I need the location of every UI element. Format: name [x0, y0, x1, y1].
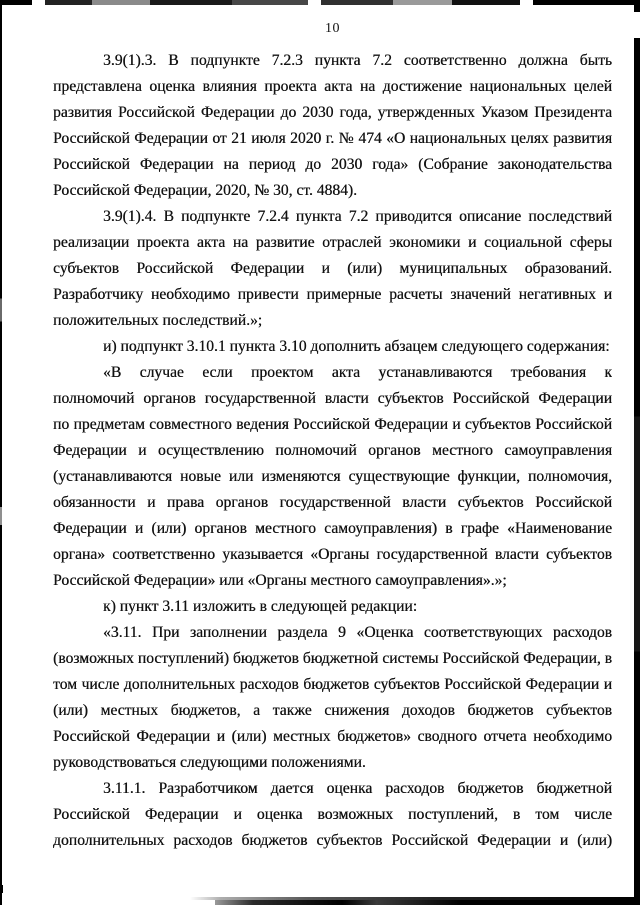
text-line: Российской Федерации и (или) местных бюд… — [53, 724, 612, 750]
text-line: том числе дополнительных расходов бюджет… — [53, 672, 612, 698]
text-line: органа» соответственно указывается «Орга… — [53, 542, 612, 568]
text-line: 3.11.1. Разработчиком дается оценка расх… — [53, 776, 612, 802]
para-3-9-1-3: 3.9(1).3. В подпункте 7.2.3 пункта 7.2 с… — [53, 48, 612, 204]
scan-edge-bottom-corner-artifact — [0, 885, 3, 893]
text-line: Российской Федерации, 2020, № 30, ст. 48… — [53, 178, 612, 204]
text-line: представлена оценка влияния проекта акта… — [53, 74, 612, 100]
text-line: положительных последствий.»; — [53, 308, 612, 334]
scanned-page: 10 3.9(1).3. В подпункте 7.2.3 пункта 7.… — [0, 0, 640, 905]
para-item-i: и) подпункт 3.10.1 пункта 3.10 дополнить… — [53, 334, 612, 360]
scan-edge-bottom-line-artifact — [190, 897, 634, 900]
scan-edge-top-artifact — [0, 0, 640, 5]
para-3-11-1: 3.11.1. Разработчиком дается оценка расх… — [53, 776, 612, 854]
para-item-k: к) пункт 3.11 изложить в следующей редак… — [53, 594, 612, 620]
text-line: Российской Федерации от 21 июля 2020 г. … — [53, 126, 612, 152]
text-line: Федерации и (или) органов местного самоу… — [53, 516, 612, 542]
text-line: (возможных поступлений) бюджетов бюджетн… — [53, 646, 612, 672]
scan-edge-bottom-bar-artifact — [215, 900, 640, 905]
para-v-sluchae: «В случае если проектом акта устанавлива… — [53, 360, 612, 594]
para-3-11: «3.11. При заполнении раздела 9 «Оценка … — [53, 620, 612, 776]
text-line: реализации проекта акта на развитие отра… — [53, 230, 612, 256]
page-number: 10 — [53, 21, 612, 37]
text-line: «В случае если проектом акта устанавлива… — [53, 360, 612, 386]
text-line: развития Российской Федерации до 2030 го… — [53, 100, 612, 126]
text-line: Российской Федерации на период до 2030 г… — [53, 152, 612, 178]
scan-edge-right-artifact — [634, 0, 640, 905]
text-line: «3.11. При заполнении раздела 9 «Оценка … — [53, 620, 612, 646]
text-line: полномочий органов государственной власт… — [53, 386, 612, 412]
scan-edge-left-artifact — [0, 0, 2, 905]
document-body: 3.9(1).3. В подпункте 7.2.3 пункта 7.2 с… — [53, 48, 612, 854]
text-line: и) подпункт 3.10.1 пункта 3.10 дополнить… — [53, 334, 612, 360]
text-line: Разработчику необходимо привести примерн… — [53, 282, 612, 308]
text-line: по предметам совместного ведения Российс… — [53, 412, 612, 438]
text-line: 3.9(1).4. В подпункте 7.2.4 пункта 7.2 п… — [53, 204, 612, 230]
text-line: субъектов Российской Федерации и (или) м… — [53, 256, 612, 282]
text-line: к) пункт 3.11 изложить в следующей редак… — [53, 594, 612, 620]
text-line: Федерации и осуществлению полномочий орг… — [53, 438, 612, 464]
text-line: Российской Федерации» или «Органы местно… — [53, 568, 612, 594]
text-line: (или) местных бюджетов, а также снижения… — [53, 698, 612, 724]
text-line: 3.9(1).3. В подпункте 7.2.3 пункта 7.2 с… — [53, 48, 612, 74]
text-line: (устанавливаются новые или изменяются су… — [53, 464, 612, 490]
text-line: руководствоваться следующими положениями… — [53, 750, 612, 776]
text-line: Российской Федерации и оценка возможных … — [53, 802, 612, 828]
text-line: дополнительных расходов бюджетов субъект… — [53, 828, 612, 854]
text-line: обязанности и права органов государствен… — [53, 490, 612, 516]
para-3-9-1-4: 3.9(1).4. В подпункте 7.2.4 пункта 7.2 п… — [53, 204, 612, 334]
